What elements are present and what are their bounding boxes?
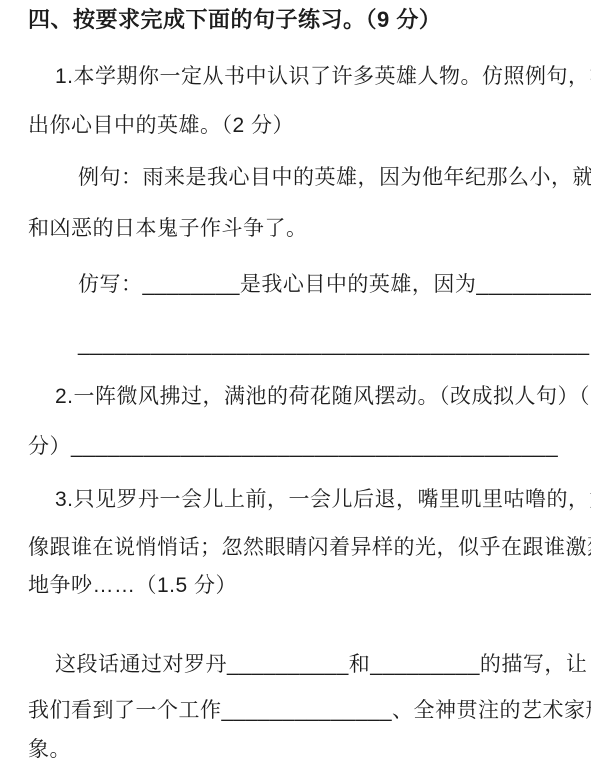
q1-answer-line-1: 仿写：________是我心目中的英雄，因为___________ [28,270,583,300]
q1-stem-line-2: 出你心目中的英雄。（2 分） [28,111,583,141]
q1-stem-line-1: 1.本学期你一定从书中认识了许多英雄人物。仿照例句，写 [28,62,583,92]
q3-stem-line-1: 3.只见罗丹一会儿上前，一会儿后退，嘴里叽里咕噜的，好 [28,485,583,515]
q2-answer-line: 分）______________________________________… [28,432,583,462]
q3-stem-line-2: 像跟谁在说悄悄话；忽然眼睛闪着异样的光，似乎在跟谁激烈 [28,533,583,563]
q3-analysis-line-1: 这段话通过对罗丹__________和_________的描写，让 [28,650,583,680]
q1-example-line-2: 和凶恶的日本鬼子作斗争了。 [28,214,583,244]
q3-analysis-line-3: 象。 [28,735,583,765]
section-title: 四、按要求完成下面的句子练习。（9 分） [28,5,583,35]
q2-stem-line-1: 2.一阵微风拂过，满池的荷花随风摆动。（改成拟人句）（2 [28,382,583,412]
exam-page: 四、按要求完成下面的句子练习。（9 分） 1.本学期你一定从书中认识了许多英雄人… [0,0,591,773]
q3-analysis-line-2: 我们看到了一个工作______________、全神贯注的艺术家形 [28,696,583,726]
q1-example-line-1: 例句：雨来是我心目中的英雄，因为他年纪那么小，就敢 [28,163,583,193]
q1-answer-blank-line: ________________________________________… [28,330,583,360]
q3-stem-line-3: 地争吵……（1.5 分） [28,571,583,601]
